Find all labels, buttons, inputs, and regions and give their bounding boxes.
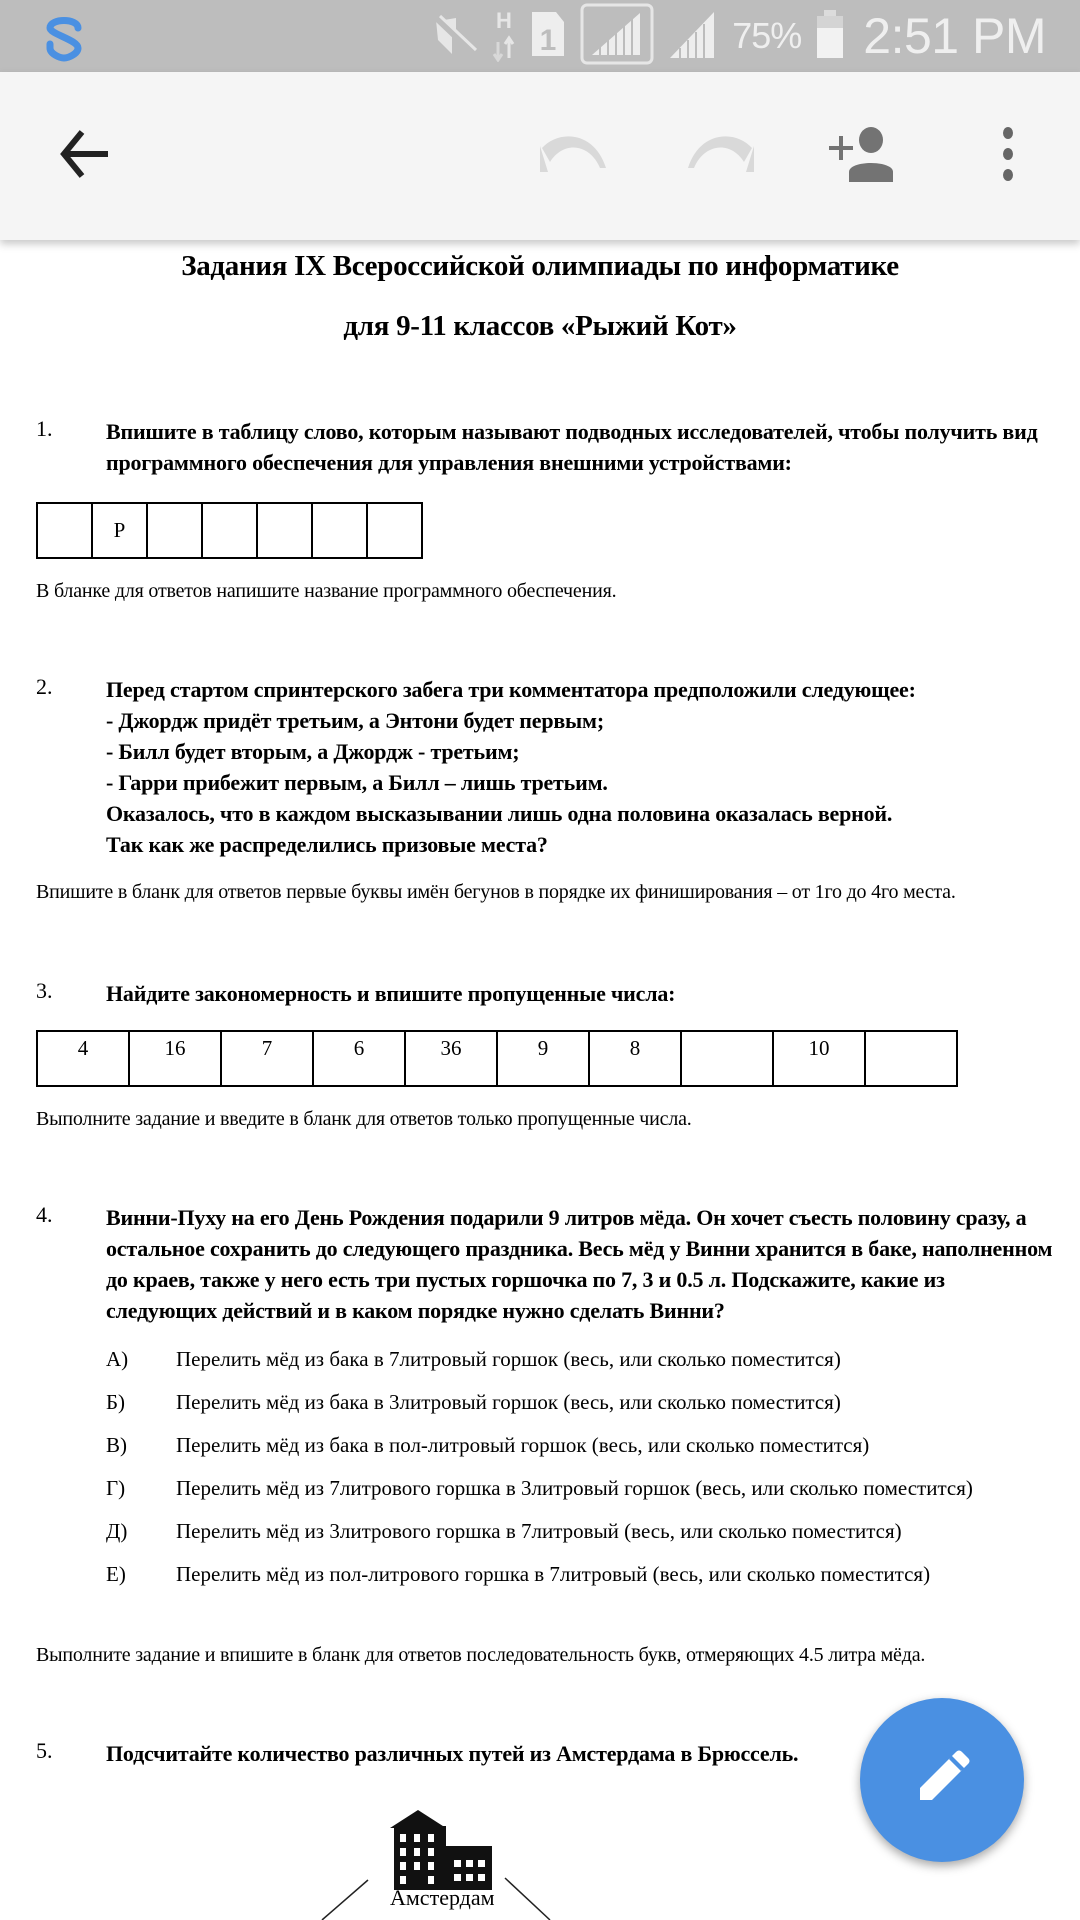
option-text: Перелить мёд из 3литрового горшка в 7лит…	[176, 1516, 1056, 1547]
more-vert-icon	[1000, 127, 1016, 186]
option-item: Б)Перелить мёд из бака в 3литровый горшо…	[106, 1387, 1056, 1418]
number-sequence-table: 41676369810	[36, 1030, 958, 1087]
option-item: А)Перелить мёд из бака в 7литровый горшо…	[106, 1344, 1056, 1375]
undo-icon	[538, 134, 610, 179]
number-cell: 10	[773, 1031, 865, 1086]
number-cell: 7	[221, 1031, 313, 1086]
letter-cell	[37, 503, 92, 558]
option-letter: Д)	[106, 1516, 127, 1547]
question-number: 1.	[36, 416, 53, 442]
add-person-button[interactable]	[820, 112, 908, 200]
clock: 2:51 PM	[863, 7, 1046, 65]
option-letter: Е)	[106, 1559, 126, 1590]
option-text: Перелить мёд из бака в 7литровый горшок …	[176, 1344, 1056, 1375]
document-title-line1: Задания IX Всероссийской олимпиады по ин…	[0, 250, 1080, 283]
app-toolbar	[0, 72, 1080, 240]
option-text: Перелить мёд из пол-литрового горшка в 7…	[176, 1559, 1056, 1590]
status-bar: H 1 75%	[0, 0, 1080, 72]
option-item: Г)Перелить мёд из 7литрового горшка в 3л…	[106, 1473, 1056, 1504]
sim-1-icon: 1	[530, 10, 566, 63]
question-text: Найдите закономерность и впишите пропуще…	[106, 978, 1056, 1009]
question-number: 2.	[36, 674, 53, 700]
edit-fab-button[interactable]	[860, 1698, 1024, 1862]
letter-cell	[147, 503, 202, 558]
letter-cell	[257, 503, 312, 558]
svg-text:H: H	[496, 8, 512, 33]
question-4-note: Выполните задание и впишите в бланк для …	[36, 1644, 925, 1667]
option-item: Е)Перелить мёд из пол-литрового горшка в…	[106, 1559, 1056, 1590]
question-3-note: Выполните задание и введите в бланк для …	[36, 1108, 692, 1131]
option-letter: Г)	[106, 1473, 125, 1504]
svg-text:1: 1	[540, 24, 557, 57]
option-letter: Б)	[106, 1387, 125, 1418]
question-line: - Гарри прибежит первым, а Билл – лишь т…	[106, 767, 1056, 798]
redo-button[interactable]	[676, 112, 764, 200]
undo-button[interactable]	[530, 112, 618, 200]
shield-s-icon	[38, 12, 90, 62]
question-text: Винни-Пуху на его День Рождения подарили…	[106, 1202, 1056, 1326]
number-cell: 8	[589, 1031, 681, 1086]
letter-cell: Р	[92, 503, 147, 558]
question-text: Впишите в таблицу слово, которым называю…	[106, 416, 1056, 478]
redo-icon	[684, 134, 756, 179]
back-button[interactable]	[40, 112, 128, 200]
letter-cell	[202, 503, 257, 558]
hspa-data-icon: H	[492, 6, 516, 67]
letter-cell	[367, 503, 422, 558]
more-options-button[interactable]	[964, 112, 1052, 200]
option-text: Перелить мёд из бака в пол-литровый горш…	[176, 1430, 1056, 1461]
question-line: Перед стартом спринтерского забега три к…	[106, 674, 1056, 705]
signal-icon-sim2	[668, 8, 718, 65]
document-title-line2: для 9-11 классов «Рыжий Кот»	[0, 310, 1080, 343]
question-1-note: В бланке для ответов напишите название п…	[36, 580, 616, 603]
question-number: 5.	[36, 1738, 53, 1764]
number-cell: 6	[313, 1031, 405, 1086]
question-number: 4.	[36, 1202, 53, 1228]
number-cell: 4	[37, 1031, 129, 1086]
question-line: - Билл будет вторым, а Джордж - третьим;	[106, 736, 1056, 767]
document-page[interactable]: Задания IX Всероссийской олимпиады по ин…	[0, 240, 1080, 1920]
person-add-icon	[829, 126, 899, 187]
question-line: - Джордж придёт третьим, а Энтони будет …	[106, 705, 1056, 736]
question-line: Оказалось, что в каждом высказывании лиш…	[106, 798, 1056, 829]
mute-icon	[430, 12, 478, 61]
question-number: 3.	[36, 978, 53, 1004]
route-diagram: Амстердам	[300, 1790, 580, 1920]
question-2-note: Впишите в бланк для ответов первые буквы…	[36, 881, 956, 904]
question-text: Перед стартом спринтерского забега три к…	[106, 674, 1056, 860]
signal-icon-sim1[interactable]	[580, 3, 654, 70]
number-cell: 9	[497, 1031, 589, 1086]
number-cell	[681, 1031, 773, 1086]
battery-icon	[815, 8, 845, 65]
number-cell: 36	[405, 1031, 497, 1086]
city-label-amsterdam: Амстердам	[390, 1885, 495, 1911]
option-text: Перелить мёд из 7литрового горшка в 3лит…	[176, 1473, 1056, 1504]
answer-grid-q1: Р	[36, 502, 423, 559]
battery-percent: 75%	[732, 15, 801, 57]
pencil-edit-icon	[912, 1748, 972, 1813]
number-cell: 16	[129, 1031, 221, 1086]
option-item: В)Перелить мёд из бака в пол-литровый го…	[106, 1430, 1056, 1461]
letter-cell	[312, 503, 367, 558]
arrow-back-icon	[56, 126, 112, 187]
question-line: Так как же распределились призовые места…	[106, 829, 1056, 860]
option-letter: В)	[106, 1430, 127, 1461]
option-text: Перелить мёд из бака в 3литровый горшок …	[176, 1387, 1056, 1418]
option-letter: А)	[106, 1344, 128, 1375]
question-4-options: А)Перелить мёд из бака в 7литровый горшо…	[106, 1344, 1056, 1602]
option-item: Д)Перелить мёд из 3литрового горшка в 7л…	[106, 1516, 1056, 1547]
number-cell	[865, 1031, 957, 1086]
